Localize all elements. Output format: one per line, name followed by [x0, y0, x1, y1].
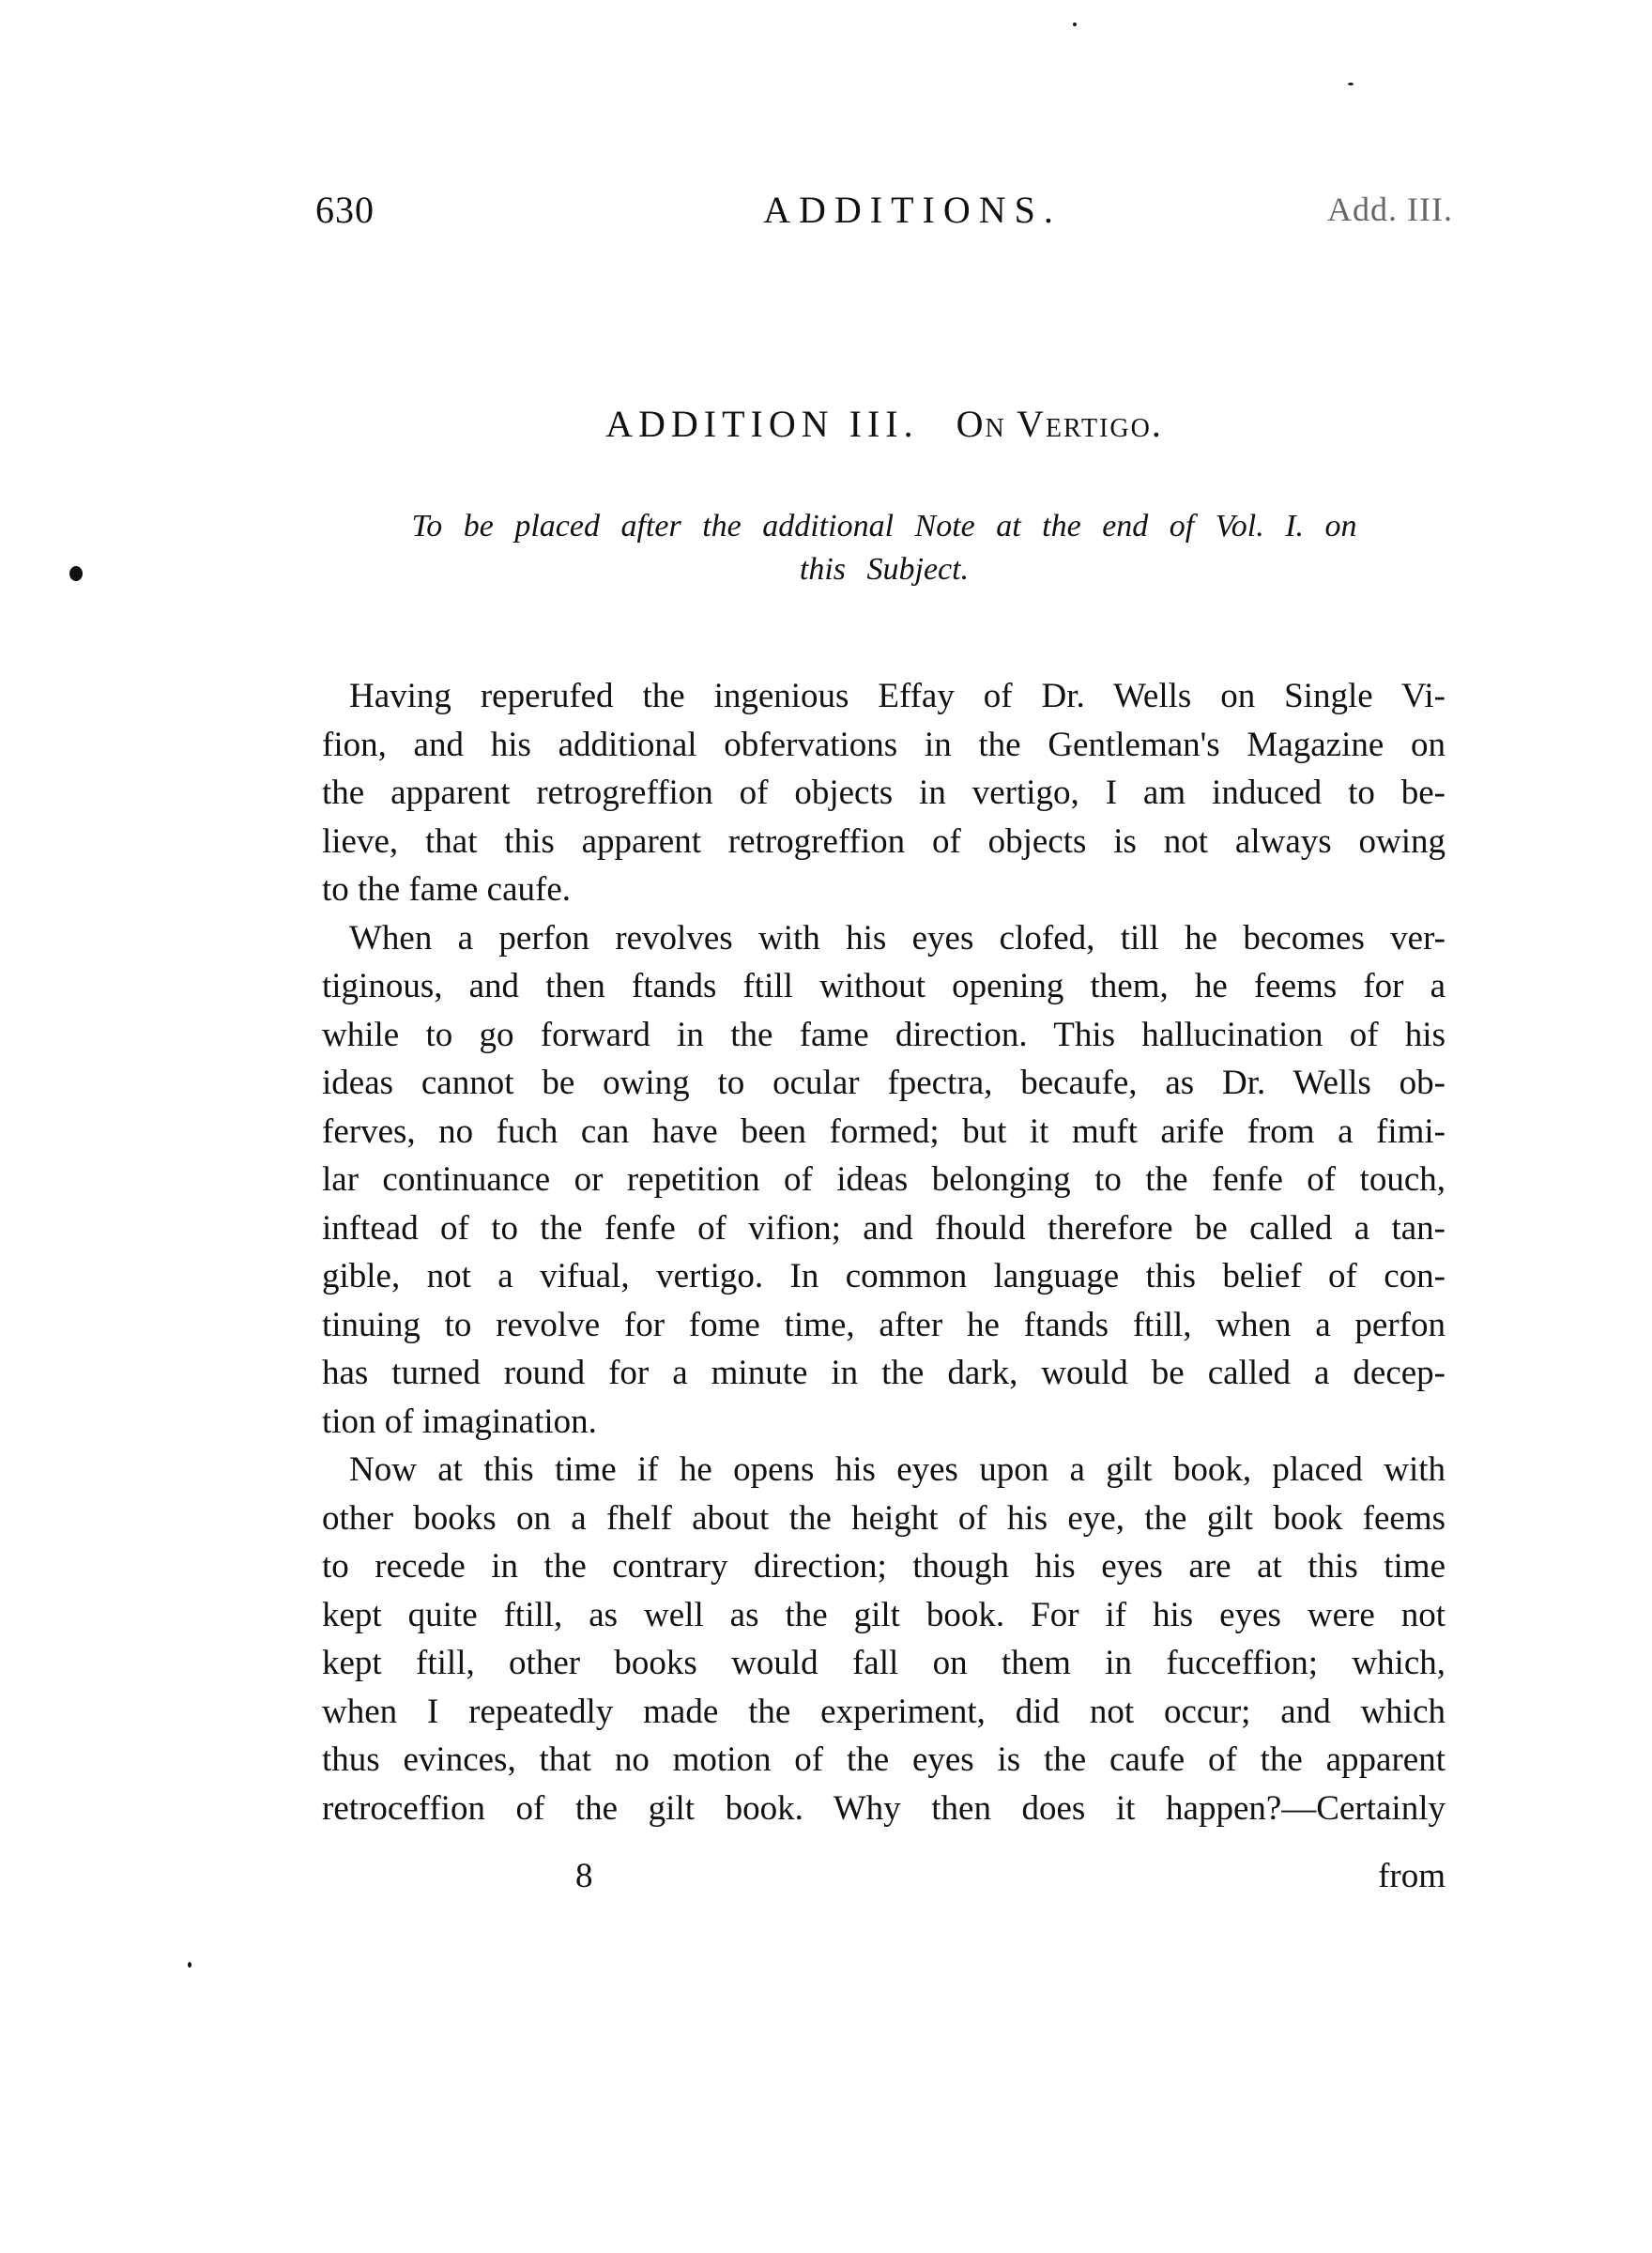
signature-mark: 8 — [575, 1856, 593, 1896]
running-header-section-marker: Add. III. — [1327, 190, 1453, 229]
text-line: has turned round for a minute in the dar… — [322, 1349, 1445, 1398]
scan-speck — [188, 1962, 191, 1968]
text-line: the apparent retrogreffion of objects in… — [322, 769, 1445, 818]
text-line: lieve, that this apparent retrogreffion … — [322, 818, 1445, 866]
placement-note-line: To be placed after the additional Note a… — [315, 505, 1453, 548]
text-line: tinuing to revolve for fome time, after … — [322, 1301, 1445, 1350]
catchline: 8 from — [322, 1856, 1445, 1903]
catchword: from — [1378, 1856, 1445, 1896]
paragraph-3: Now at this time if he opens his eyes up… — [322, 1446, 1445, 1832]
text-line: fion, and his additional obfervations in… — [322, 721, 1445, 770]
book-page: 630 ADDITIONS. Add. III. ADDITION III.On… — [0, 0, 1652, 2253]
running-header-title: ADDITIONS. — [315, 188, 1453, 232]
paragraph-2: When a perfon revolves with his eyes clo… — [322, 914, 1445, 1447]
section-topic: On Vertigo. — [956, 403, 1163, 445]
text-line: Now at this time if he opens his eyes up… — [322, 1446, 1445, 1494]
text-line: ideas cannot be owing to ocular fpectra,… — [322, 1059, 1445, 1108]
text-line: inftead of to the fenfe of vifion; and f… — [322, 1204, 1445, 1253]
text-line: tiginous, and then ftands ftill without … — [322, 962, 1445, 1011]
scan-speck — [69, 566, 83, 581]
text-line: to recede in the contrary direction; tho… — [322, 1542, 1445, 1591]
section-heading: ADDITION III.On Vertigo. — [315, 402, 1453, 446]
paragraph-1: Having reperufed the ingenious Effay of … — [322, 672, 1445, 914]
text-line: thus evinces, that no motion of the eyes… — [322, 1736, 1445, 1785]
text-line: Having reperufed the ingenious Effay of … — [322, 672, 1445, 721]
text-line: When a perfon revolves with his eyes clo… — [322, 914, 1445, 963]
addition-number: ADDITION III. — [605, 403, 918, 445]
body-text: Having reperufed the ingenious Effay of … — [322, 672, 1445, 1832]
text-line: other books on a fhelf about the height … — [322, 1494, 1445, 1543]
running-header: 630 ADDITIONS. Add. III. — [315, 188, 1453, 244]
text-line: gible, not a vifual, vertigo. In common … — [322, 1252, 1445, 1301]
text-line: when I repeatedly made the experiment, d… — [322, 1688, 1445, 1737]
text-line: kept ftill, other books would fall on th… — [322, 1639, 1445, 1688]
text-line: ferves, no fuch can have been formed; bu… — [322, 1108, 1445, 1157]
text-line: while to go forward in the fame directio… — [322, 1011, 1445, 1060]
scan-speck — [1073, 23, 1077, 26]
scan-speck — [1348, 83, 1354, 85]
text-line: to the fame caufe. — [322, 866, 1445, 914]
text-line: tion of imagination. — [322, 1398, 1445, 1447]
placement-note-line: this Subject. — [315, 548, 1453, 591]
text-line: retroceffion of the gilt book. Why then … — [322, 1785, 1445, 1833]
text-line: kept quite ftill, as well as the gilt bo… — [322, 1591, 1445, 1640]
text-line: lar continuance or repetition of ideas b… — [322, 1156, 1445, 1204]
placement-note: To be placed after the additional Note a… — [315, 505, 1453, 591]
